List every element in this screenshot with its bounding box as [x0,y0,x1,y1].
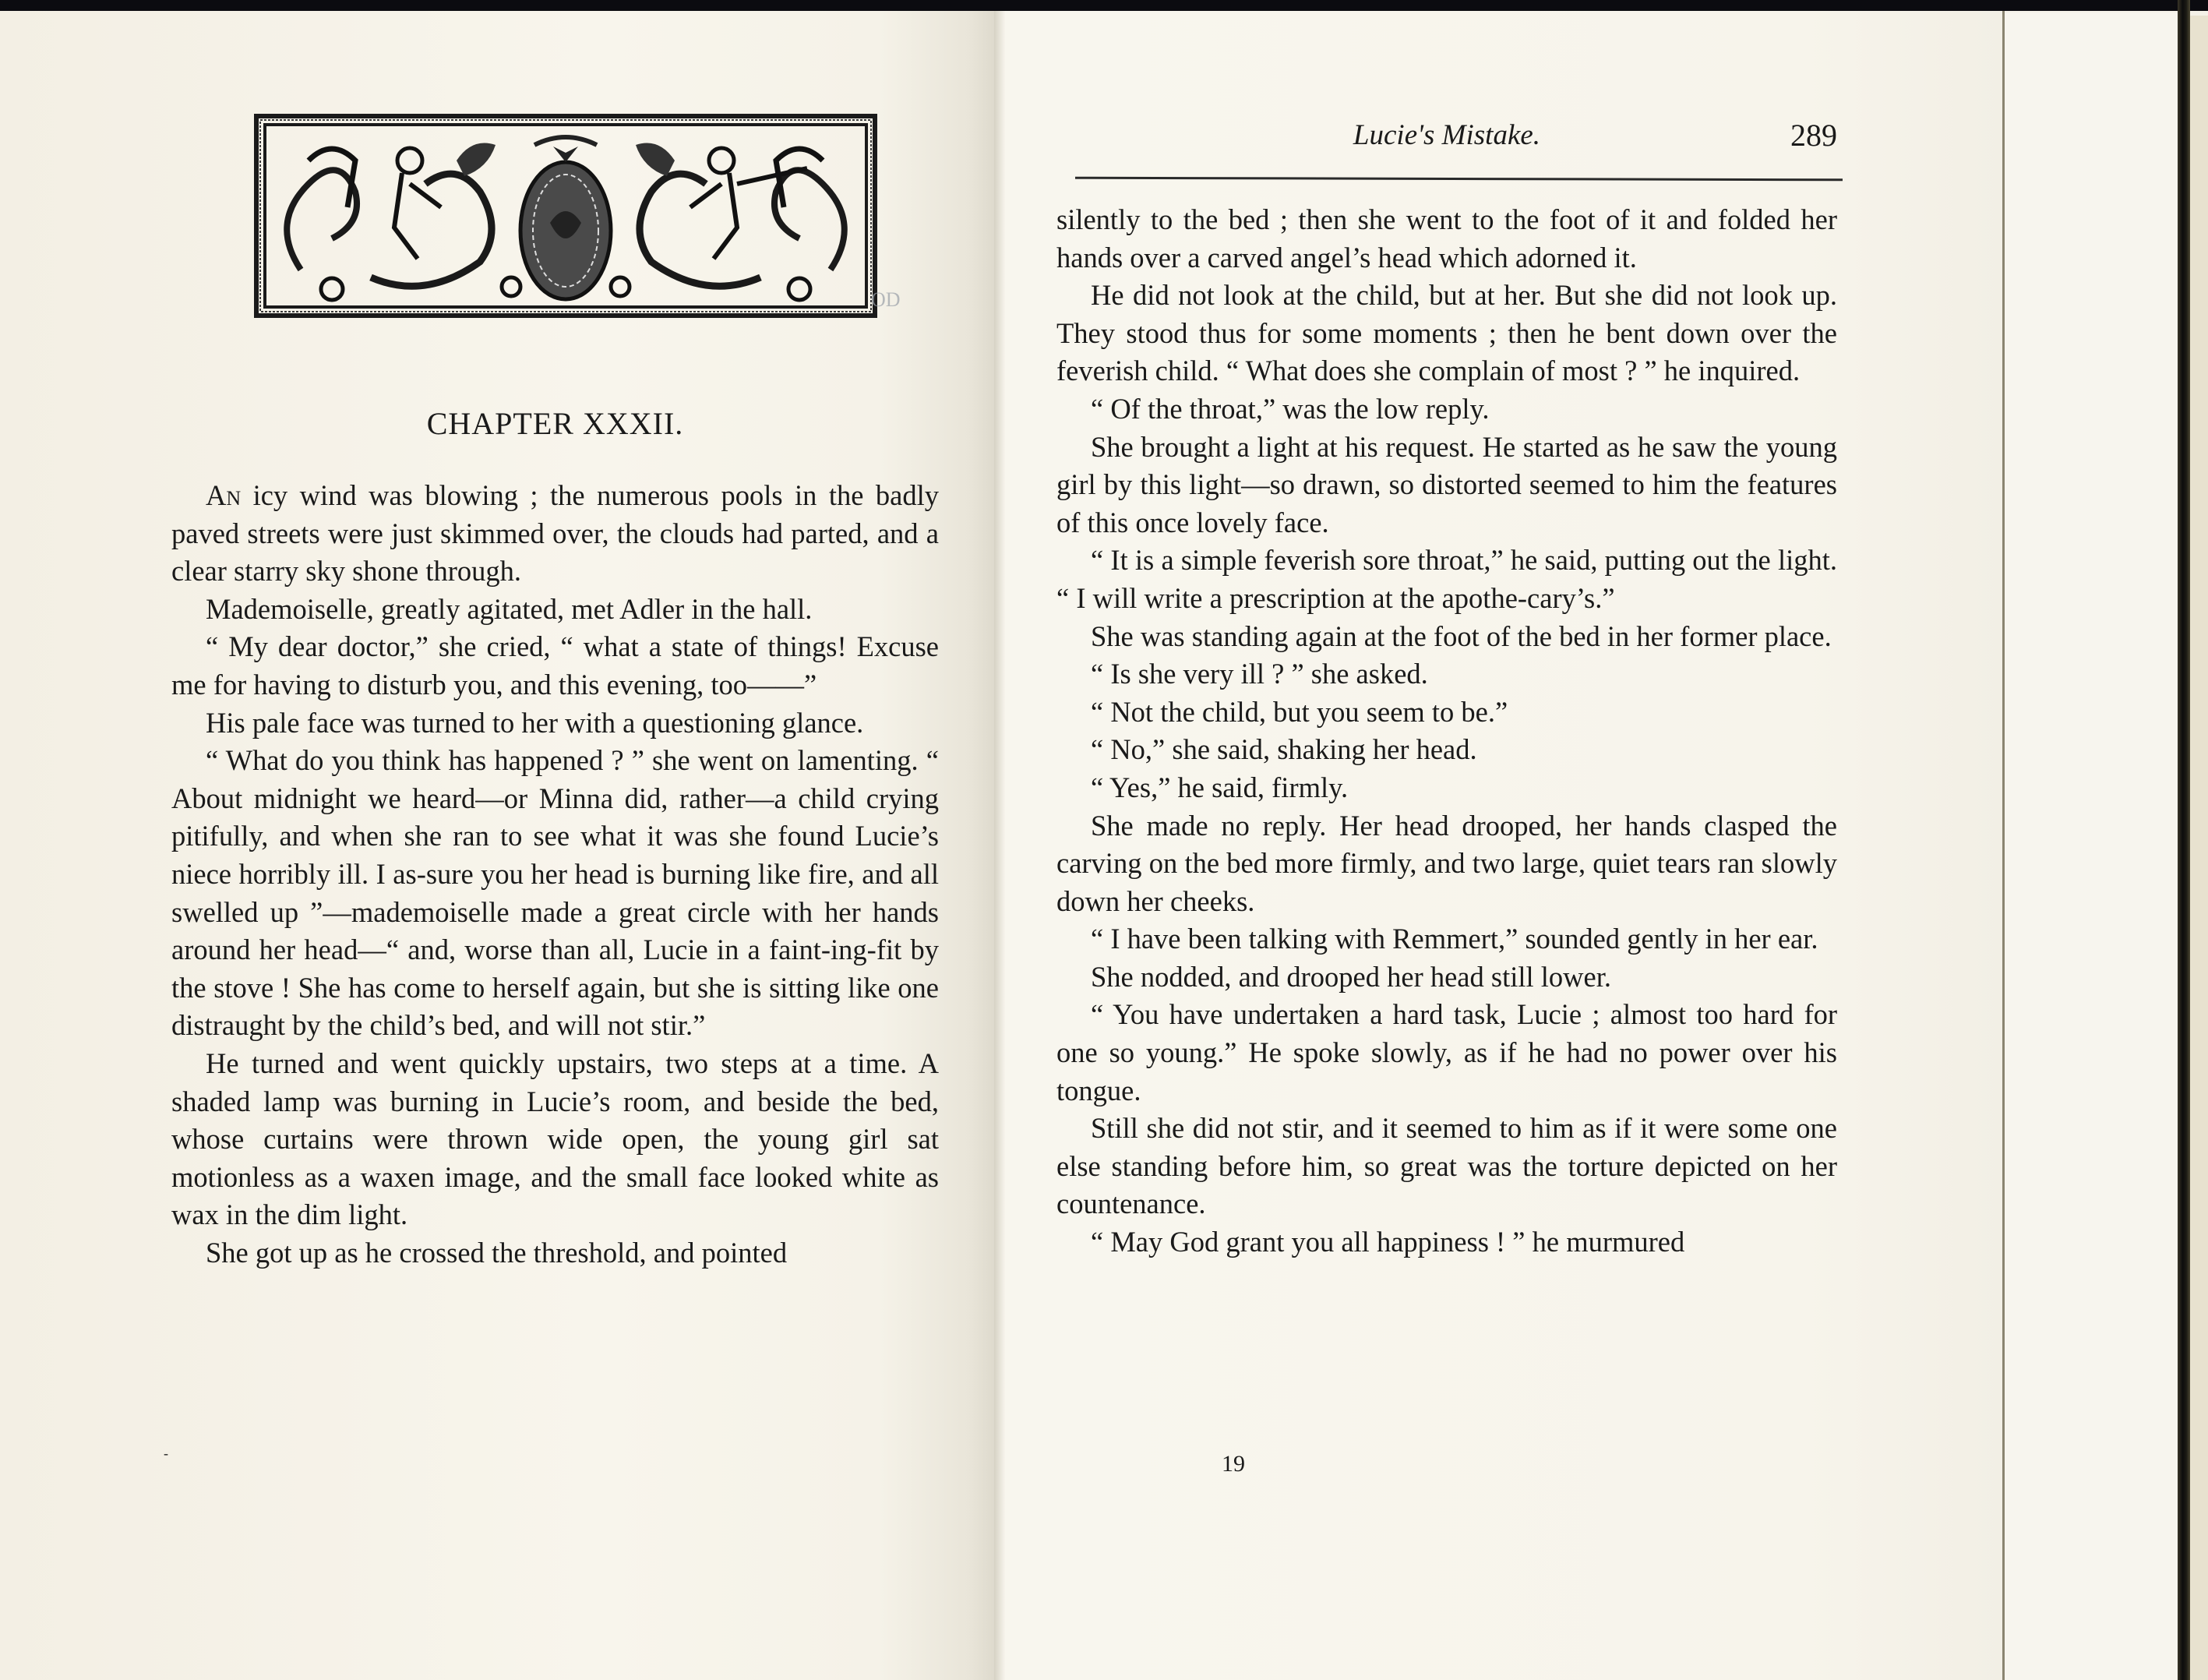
paragraph: “ You have undertaken a hard task, Lucie… [1056,996,1837,1110]
running-head: Lucie's Mistake. 289 [1056,115,1837,162]
page-number: 289 [1790,117,1837,154]
signature-mark: 19 [1222,1451,1245,1477]
paragraph: She got up as he crossed the threshold, … [171,1234,939,1272]
paragraph-text: icy wind was blowing ; the numerous pool… [171,479,939,587]
running-head-title: Lucie's Mistake. [1056,118,1837,152]
paragraph: “ My dear doctor,” she cried, “ what a s… [171,628,939,704]
paragraph: “ Yes,” he said, firmly. [1056,769,1837,807]
book-cover-edge [2178,0,2190,1680]
library-stamp-fragment: OD [871,288,901,312]
left-page-body: An icy wind was blowing ; the numerous p… [171,477,939,1272]
paragraph: She brought a light at his request. He s… [1056,429,1837,542]
book-cover-top-edge [0,0,2208,11]
right-page-body: silently to the bed ; then she went to t… [1056,201,1837,1262]
paragraph: She nodded, and drooped her head still l… [1056,958,1837,997]
paragraph: “ No,” she said, shaking her head. [1056,731,1837,769]
paragraph: “ Is she very ill ? ” she asked. [1056,655,1837,694]
paragraph: Mademoiselle, greatly agitated, met Adle… [171,591,939,629]
paragraph: “ Of the throat,” was the low reply. [1056,390,1837,429]
paragraph: “ May God grant you all happiness ! ” he… [1056,1223,1837,1262]
paragraph: “ Not the child, but you seem to be.” [1056,694,1837,732]
paragraph: She was standing again at the foot of th… [1056,618,1837,656]
paragraph: She made no reply. Her head drooped, her… [1056,807,1837,921]
paragraph: Still she did not stir, and it seemed to… [1056,1110,1837,1223]
book-gutter [994,11,1005,1680]
paragraph: He turned and went quickly upstairs, two… [171,1045,939,1234]
next-page-leaf [2005,12,2178,1680]
drop-lead-word: An [206,479,241,511]
paragraph: His pale face was turned to her with a q… [171,704,939,743]
paragraph: He did not look at the child, but at her… [1056,277,1837,390]
paragraph: “ What do you think has happened ? ” she… [171,742,939,1045]
endpaper-strip [2190,16,2208,1680]
chapter-heading: CHAPTER XXXII. [171,405,939,442]
paragraph: “ It is a simple feverish sore throat,” … [1056,542,1837,617]
print-mark: ‐ [164,1445,168,1462]
paragraph: silently to the bed ; then she went to t… [1056,201,1837,277]
paragraph: “ I have been talking with Remmert,” sou… [1056,920,1837,958]
woodcut-ornament-icon [254,114,877,318]
paragraph: An icy wind was blowing ; the numerous p… [171,477,939,591]
